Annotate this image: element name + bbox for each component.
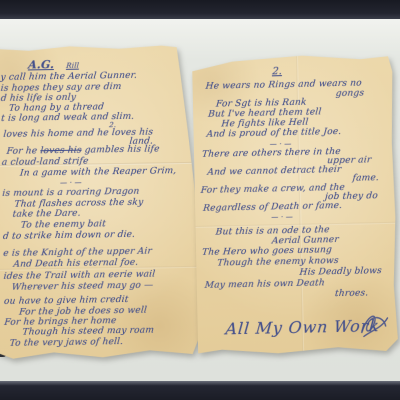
stanza-divider: — · — [271, 213, 293, 221]
handwritten-line: Wherever his steed may go — [11, 280, 153, 292]
handwritten-line: d to strike him down or die. [3, 230, 136, 242]
handwritten-line: And we cannot detract their [207, 165, 342, 178]
handwritten-line: Though his steed may roam [22, 325, 154, 337]
handwritten-line: To the very jaws of hell. [9, 337, 123, 349]
page2-handwriting: He wears no Rings and wears nogongsFor S… [192, 54, 392, 58]
handwritten-line: And Death his eternal foe. [13, 258, 139, 270]
page1-handwriting: y call him the Aerial Gunner.is hopes th… [0, 44, 196, 47]
poem-page-2: 2. He wears no Rings and wears nogongsFo… [192, 54, 398, 355]
poem-title-note: Rill [66, 62, 80, 70]
handwritten-line: a cloud-land strife [1, 156, 89, 167]
paper-sheet-left: A.G. Rill y call him the Aerial Gunner.i… [0, 44, 201, 359]
scan-border-bottom [0, 381, 400, 400]
struck-out-words: loves his [40, 146, 82, 157]
handwritten-line: His Deadly blows [299, 266, 382, 278]
handwritten-line: There are others there in the [202, 147, 342, 160]
scan-border-top [0, 0, 400, 19]
handwritten-line: For they make a crew, and the [200, 183, 345, 196]
stanza-divider: — · — [60, 179, 82, 187]
handwritten-line: For he loves his gambles his life [6, 144, 160, 156]
paper-sheet-right: 2. He wears no Rings and wears nogongsFo… [192, 54, 398, 355]
handwritten-line: throes. [335, 288, 369, 299]
handwritten-line: gongs [335, 88, 364, 99]
handwritten-line: In a game with the Reaper Grim, [20, 166, 177, 178]
poem-page-1: A.G. Rill y call him the Aerial Gunner.i… [0, 44, 201, 359]
handwritten-line: ou have to give him credit [4, 295, 129, 307]
handwritten-line: fame. [352, 173, 379, 184]
handwritten-line: And is proud of the title Joe. [206, 127, 342, 140]
signature-flourish-icon [357, 310, 390, 345]
handwritten-line: take the Dare. [12, 209, 81, 220]
photograph-of-handwritten-poem: A.G. Rill y call him the Aerial Gunner.i… [0, 0, 400, 400]
handwritten-segment: gambles his life [81, 144, 160, 155]
poem-title: A.G. [28, 58, 55, 71]
handwritten-line: To the enemy bait [20, 219, 106, 230]
handwritten-line: Regardless of Death or fame. [203, 201, 343, 214]
handwritten-line: May mean his own Death [204, 278, 325, 291]
page-number: 2. [272, 66, 283, 77]
handwritten-segment: For he [6, 146, 41, 157]
